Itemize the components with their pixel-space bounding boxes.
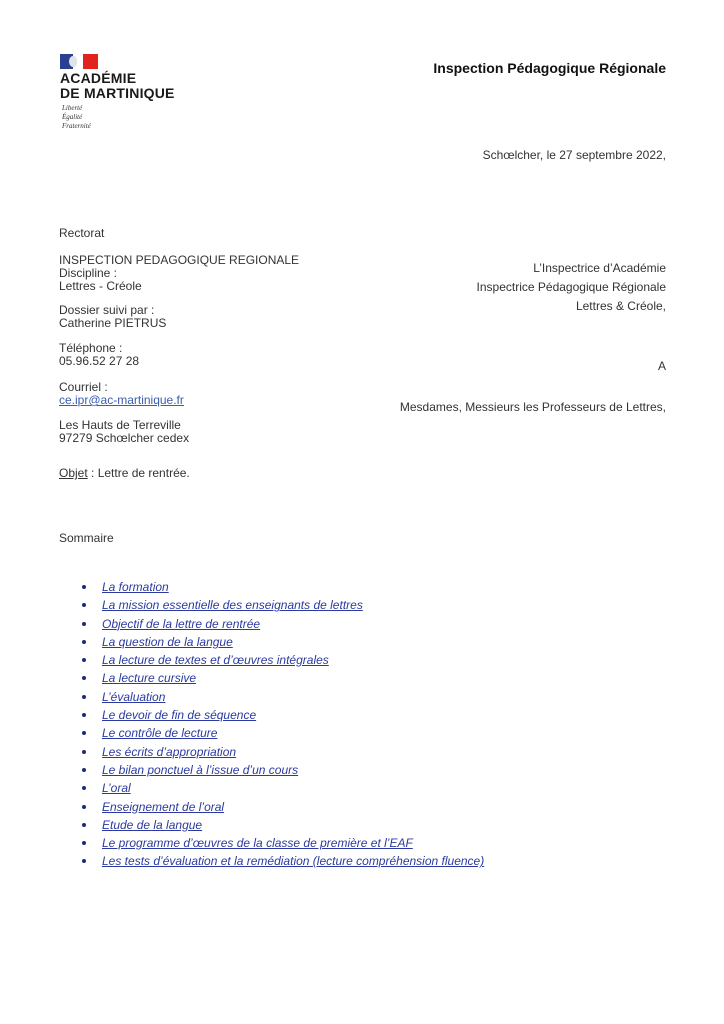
discipline-value: Lettres - Créole bbox=[59, 280, 299, 293]
email-block: Courriel : ce.ipr@ac-martinique.fr bbox=[59, 381, 184, 407]
dossier-value: Catherine PIETRUS bbox=[59, 317, 166, 330]
toc-link[interactable]: Le devoir de fin de séquence bbox=[102, 708, 256, 722]
toc-link[interactable]: Etude de la langue bbox=[102, 818, 202, 832]
toc-link[interactable]: Objectif de la lettre de rentrée bbox=[102, 617, 260, 631]
list-item: Le programme d’œuvres de la classe de pr… bbox=[82, 834, 484, 852]
email-link[interactable]: ce.ipr@ac-martinique.fr bbox=[59, 393, 184, 407]
toc-link[interactable]: Les écrits d’appropriation bbox=[102, 745, 236, 759]
summary-title: Sommaire bbox=[59, 531, 114, 545]
subject-label: Objet bbox=[59, 466, 88, 480]
toc-link[interactable]: L’évaluation bbox=[102, 690, 165, 704]
letter-date: Schœlcher, le 27 septembre 2022, bbox=[483, 148, 666, 162]
list-item: La formation bbox=[82, 578, 484, 596]
phone-block: Téléphone : 05.96.52 27 28 bbox=[59, 342, 139, 368]
recipient-prefix: A bbox=[658, 357, 666, 376]
list-item: L’oral bbox=[82, 779, 484, 797]
toc-link[interactable]: La formation bbox=[102, 580, 169, 594]
academy-name-line2: DE MARTINIQUE bbox=[60, 86, 175, 101]
recipients: Mesdames, Messieurs les Professeurs de L… bbox=[400, 398, 666, 417]
signatory-line2: Inspectrice Pédagogique Régionale bbox=[477, 278, 666, 297]
academy-name: ACADÉMIE DE MARTINIQUE bbox=[60, 71, 175, 101]
signatory-block: L’Inspectrice d’Académie Inspectrice Péd… bbox=[477, 259, 666, 316]
subject-line: Objet : Lettre de rentrée. bbox=[59, 467, 190, 480]
toc-link[interactable]: Le contrôle de lecture bbox=[102, 726, 217, 740]
list-item: Le contrôle de lecture bbox=[82, 724, 484, 742]
list-item: L’évaluation bbox=[82, 688, 484, 706]
list-item: Enseignement de l’oral bbox=[82, 798, 484, 816]
summary-list: La formation La mission essentielle des … bbox=[82, 578, 484, 871]
motto-liberte: Liberté bbox=[62, 104, 91, 113]
dossier-block: Dossier suivi par : Catherine PIETRUS bbox=[59, 304, 166, 330]
address-block: Les Hauts de Terreville 97279 Schœlcher … bbox=[59, 419, 189, 445]
list-item: Le devoir de fin de séquence bbox=[82, 706, 484, 724]
list-item: La lecture de textes et d’œuvres intégra… bbox=[82, 651, 484, 669]
list-item: Le bilan ponctuel à l’issue d’un cours bbox=[82, 761, 484, 779]
toc-link[interactable]: Enseignement de l’oral bbox=[102, 800, 224, 814]
signatory-line3: Lettres & Créole, bbox=[477, 297, 666, 316]
motto-egalite: Égalité bbox=[62, 113, 91, 122]
document-header-title: Inspection Pédagogique Régionale bbox=[433, 60, 666, 76]
list-item: Les écrits d’appropriation bbox=[82, 743, 484, 761]
subject-value: : Lettre de rentrée. bbox=[88, 466, 190, 480]
signatory-line1: L’Inspectrice d’Académie bbox=[477, 259, 666, 278]
list-item: Etude de la langue bbox=[82, 816, 484, 834]
address-line2: 97279 Schœlcher cedex bbox=[59, 432, 189, 445]
toc-link[interactable]: L’oral bbox=[102, 781, 131, 795]
republic-motto: Liberté Égalité Fraternité bbox=[62, 104, 91, 131]
motto-fraternite: Fraternité bbox=[62, 122, 91, 131]
toc-link[interactable]: La mission essentielle des enseignants d… bbox=[102, 598, 363, 612]
french-flag-logo-icon bbox=[60, 54, 98, 69]
toc-link[interactable]: La question de la langue bbox=[102, 635, 233, 649]
toc-link[interactable]: La lecture cursive bbox=[102, 671, 196, 685]
list-item: La lecture cursive bbox=[82, 669, 484, 687]
list-item: Les tests d’évaluation et la remédiation… bbox=[82, 852, 484, 870]
toc-link[interactable]: Le bilan ponctuel à l’issue d’un cours bbox=[102, 763, 298, 777]
toc-link[interactable]: Le programme d’œuvres de la classe de pr… bbox=[102, 836, 413, 850]
service-block: INSPECTION PEDAGOGIQUE REGIONALE Discipl… bbox=[59, 254, 299, 293]
toc-link[interactable]: La lecture de textes et d’œuvres intégra… bbox=[102, 653, 329, 667]
list-item: Objectif de la lettre de rentrée bbox=[82, 615, 484, 633]
academy-name-line1: ACADÉMIE bbox=[60, 71, 175, 86]
list-item: La mission essentielle des enseignants d… bbox=[82, 596, 484, 614]
list-item: La question de la langue bbox=[82, 633, 484, 651]
phone-value: 05.96.52 27 28 bbox=[59, 355, 139, 368]
toc-link[interactable]: Les tests d’évaluation et la remédiation… bbox=[102, 854, 484, 868]
rectorat-label: Rectorat bbox=[59, 227, 104, 240]
